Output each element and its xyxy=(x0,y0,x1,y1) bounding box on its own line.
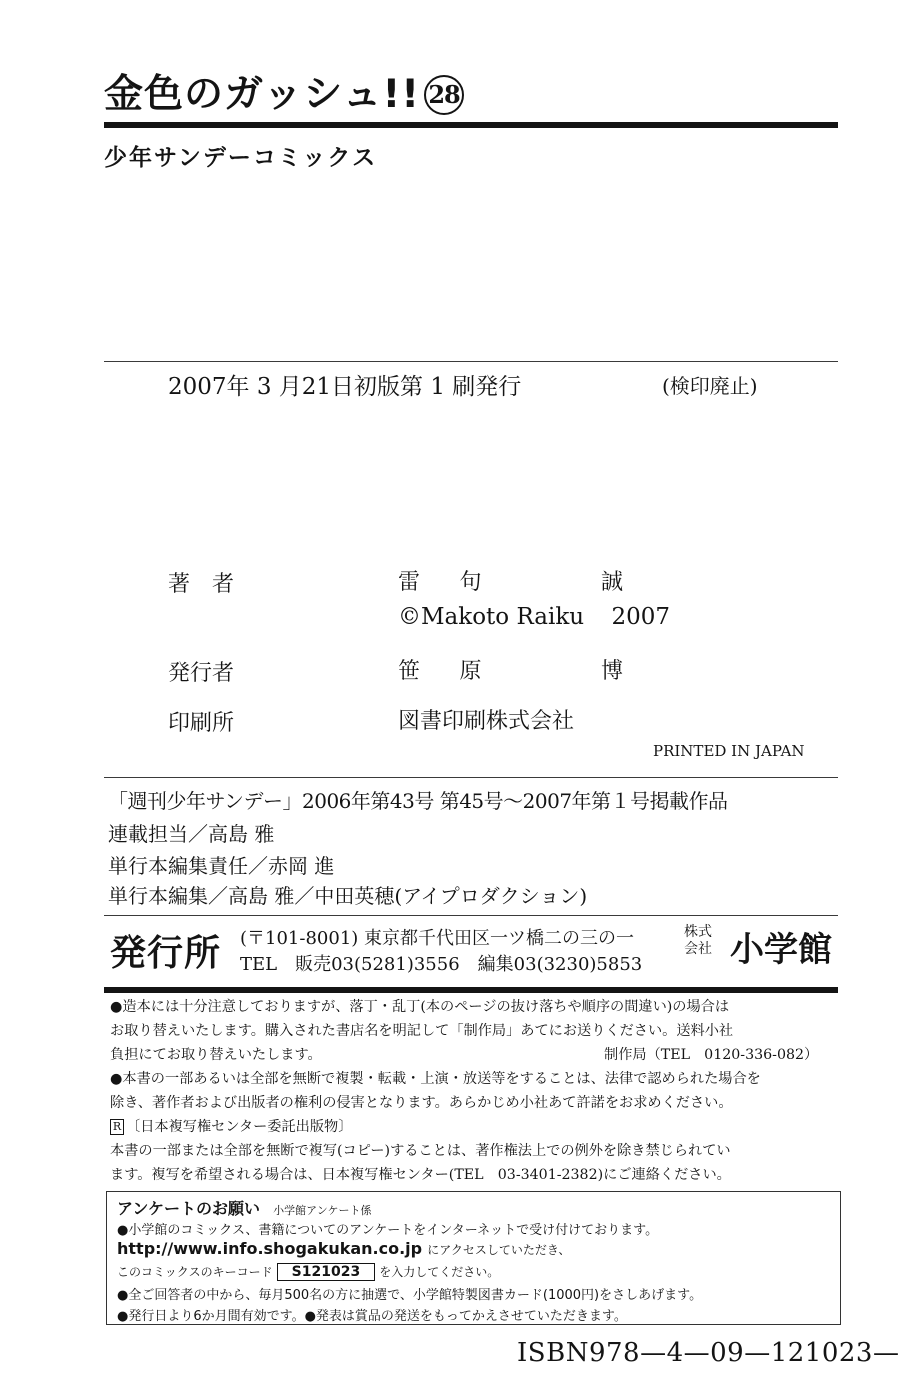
seal-note: (検印廃止) xyxy=(662,370,758,399)
notice-divider-thick xyxy=(104,987,838,993)
survey-url-suffix: にアクセスしていただき、 xyxy=(427,1243,570,1257)
title-divider-thick xyxy=(104,122,838,128)
survey-line4: ●全ご回答者の中から、毎月500名の方に抽選で、小学館特製図書カード(1000円… xyxy=(117,1284,702,1303)
keycode-box: S121023 xyxy=(277,1263,376,1281)
series-label: 少年サンデーコミックス xyxy=(104,139,377,172)
jrrc-title: 〔日本複写権センター委託出版物〕 xyxy=(126,1119,352,1135)
jrrc-heading: R〔日本複写権センター委託出版物〕 xyxy=(110,1117,352,1138)
jrrc-r-mark-icon: R xyxy=(110,1119,124,1135)
publisher-tel: TEL 販売03(5281)3556 編集03(3230)5853 xyxy=(240,950,642,976)
corp-type: 株式 会社 xyxy=(684,924,712,958)
copyright-notice-line2: 除き、著作者および出版者の権利の侵害となります。あらかじめ小社あて許諾をお求めく… xyxy=(110,1093,733,1114)
book-title: 金色のガッシュ!!28 xyxy=(104,72,464,118)
publisher-address: (〒101-8001) 東京都千代田区一ツ橋二の三の一 xyxy=(240,924,634,950)
publisher-name-char: 原 xyxy=(459,654,481,685)
printer-label: 印刷所 xyxy=(168,706,234,737)
copyright-year: 2007 xyxy=(611,604,670,630)
defect-notice-line2: お取り替えいたします。購入された書店名を明記して「制作局」あてにお送りください。… xyxy=(110,1021,733,1042)
survey-url-line: http://www.info.shogakukan.co.jp にアクセスして… xyxy=(117,1239,570,1258)
defect-notice-line3: 負担にてお取り替えいたします。 xyxy=(110,1045,322,1066)
corp-type-line2: 会社 xyxy=(684,941,712,958)
printed-in-japan: PRINTED IN JAPAN xyxy=(653,742,805,760)
publisher-name: 小学館 xyxy=(730,922,832,971)
divider-serialization xyxy=(104,777,838,778)
publisher-name-char: 博 xyxy=(601,654,623,685)
corp-type-line1: 株式 xyxy=(684,924,712,941)
divider-publication xyxy=(104,361,838,362)
survey-dept: 小学館アンケート係 xyxy=(273,1204,371,1217)
serialization-source: 「週刊少年サンデー」2006年第43号 第45号～2007年第１号掲載作品 xyxy=(108,785,728,814)
jrrc-notice-line1: 本書の一部または全部を無断で複写(コピー)することは、著作権法上での例外を除き禁… xyxy=(110,1141,731,1162)
author-name-char: 句 xyxy=(459,565,481,596)
survey-box: アンケートのお願い 小学館アンケート係 ●小学館のコミックス、書籍についてのアン… xyxy=(106,1191,841,1325)
keycode-prefix: このコミックスのキーコード xyxy=(117,1265,273,1279)
copyright-holder: ©Makoto Raiku xyxy=(398,604,584,630)
survey-keycode-line: このコミックスのキーコードS121023を入力してください。 xyxy=(117,1263,499,1281)
keycode-suffix: を入力してください。 xyxy=(379,1265,499,1279)
isbn: ISBN978—4—09—121023—4 xyxy=(517,1338,900,1368)
volume-number-badge: 28 xyxy=(424,75,464,115)
author-label: 著 者 xyxy=(168,567,234,598)
survey-heading: アンケートのお願い 小学館アンケート係 xyxy=(117,1196,371,1219)
survey-title: アンケートのお願い xyxy=(117,1199,260,1218)
editor-responsible: 単行本編集責任／赤岡 進 xyxy=(108,850,334,879)
divider-publisher xyxy=(104,915,838,916)
publisher-name-char: 笹 xyxy=(398,654,420,685)
defect-notice-line1: ●造本には十分注意しておりますが、落丁・乱丁(本のページの抜け落ちや順序の間違い… xyxy=(110,997,729,1018)
author-name: 雷 句 誠 xyxy=(398,565,623,596)
jrrc-notice-line2: ます。複写を希望される場合は、日本複写権センター(TEL 03-3401-238… xyxy=(110,1165,731,1186)
publication-date: 2007年 3 月21日初版第 1 刷発行 xyxy=(168,368,521,401)
publisher-person-name: 笹 原 博 xyxy=(398,654,623,685)
book-title-text: 金色のガッシュ!! xyxy=(104,72,420,117)
copyright-notice-line1: ●本書の一部あるいは全部を無断で複製・転載・上演・放送等をすることは、法律で認め… xyxy=(110,1069,761,1090)
printer-name: 図書印刷株式会社 xyxy=(398,704,574,735)
editor-serial: 連載担当／高島 雅 xyxy=(108,818,274,847)
defect-contact: 制作局（TEL 0120-336-082） xyxy=(604,1045,818,1066)
author-name-char: 誠 xyxy=(601,565,623,596)
publisher-person-label: 発行者 xyxy=(168,656,234,687)
survey-line5: ●発行日より6か月間有効です。●発表は賞品の発送をもってかえさせていただきます。 xyxy=(117,1305,627,1324)
copyright-notice: ©Makoto Raiku 2007 xyxy=(398,604,670,630)
survey-line1: ●小学館のコミックス、書籍についてのアンケートをインターネットで受け付けておりま… xyxy=(117,1219,658,1238)
author-name-char: 雷 xyxy=(398,565,420,596)
publisher-label: 発行所 xyxy=(110,925,221,976)
editor-volume: 単行本編集／高島 雅／中田英穂(アイプロダクション) xyxy=(108,880,587,909)
survey-url-link[interactable]: http://www.info.shogakukan.co.jp xyxy=(117,1239,422,1258)
